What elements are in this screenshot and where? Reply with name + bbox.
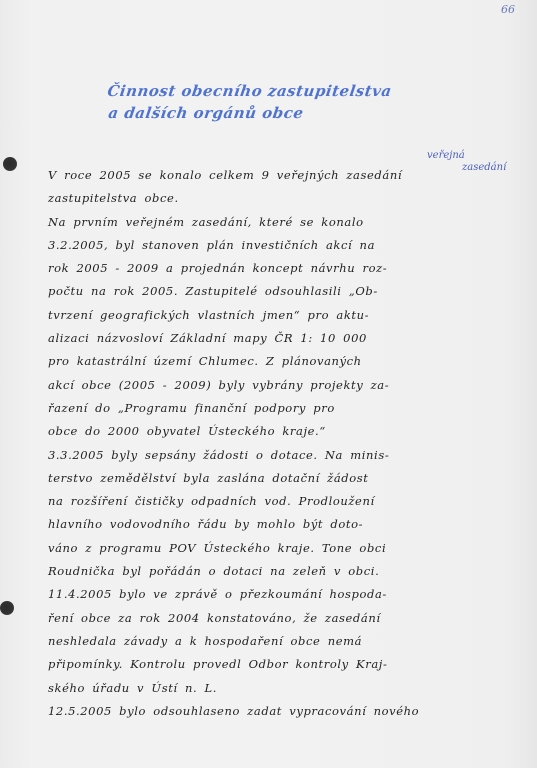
body-line: Roudnička byl pořádán o dotaci na zeleň … <box>48 560 428 583</box>
body-line: zastupitelstva obce. <box>48 187 428 210</box>
punch-hole-bottom <box>0 601 14 615</box>
section-heading: Činnost obecního zastupitelstva a dalšíc… <box>103 80 393 124</box>
body-line: V roce 2005 se konalo celkem 9 veřejných… <box>48 164 428 187</box>
body-line: obce do 2000 obyvatel Ústeckého kraje.“ <box>48 420 428 443</box>
body-line: alizaci názvosloví Základní mapy ČR 1: 1… <box>48 327 428 350</box>
heading-line-2: a dalších orgánů obce <box>103 102 390 124</box>
margin-note: veřejná zasedání <box>427 150 506 174</box>
page-number: 66 <box>501 3 515 16</box>
margin-note-line-1: veřejná <box>427 150 506 162</box>
body-line: rok 2005 - 2009 a projednán koncept návr… <box>48 257 428 280</box>
body-line: 11.4.2005 bylo ve zprávě o přezkoumání h… <box>48 583 428 606</box>
body-line: ského úřadu v Ústí n. L. <box>48 677 428 700</box>
punch-hole-top <box>3 157 17 171</box>
body-line: váno z programu POV Ústeckého kraje. Ton… <box>48 537 428 560</box>
body-line: řazení do „Programu finanční podpory pro <box>48 397 428 420</box>
scanned-page: 66 Činnost obecního zastupitelstva a dal… <box>0 0 537 768</box>
handwritten-body: V roce 2005 se konalo celkem 9 veřejných… <box>48 164 428 723</box>
margin-note-line-2: zasedání <box>427 162 506 174</box>
body-line: připomínky. Kontrolu provedl Odbor kontr… <box>48 653 428 676</box>
body-line: tvrzení geografických vlastních jmen“ pr… <box>48 304 428 327</box>
body-line: 12.5.2005 bylo odsouhlaseno zadat vyprac… <box>48 700 428 723</box>
body-line: 3.2.2005, byl stanoven plán investičních… <box>48 234 428 257</box>
body-line: na rozšíření čističky odpadních vod. Pro… <box>48 490 428 513</box>
heading-line-1: Činnost obecního zastupitelstva <box>106 80 393 102</box>
body-line: počtu na rok 2005. Zastupitelé odsouhlas… <box>48 280 428 303</box>
body-line: terstvo zemědělství byla zaslána dotační… <box>48 467 428 490</box>
body-line: akcí obce (2005 - 2009) byly vybrány pro… <box>48 374 428 397</box>
body-line: Na prvním veřejném zasedání, které se ko… <box>48 211 428 234</box>
body-line: ření obce za rok 2004 konstatováno, že z… <box>48 607 428 630</box>
body-line: 3.3.2005 byly sepsány žádosti o dotace. … <box>48 444 428 467</box>
body-line: pro katastrální území Chlumec. Z plánova… <box>48 350 428 373</box>
body-line: neshledala závady a k hospodaření obce n… <box>48 630 428 653</box>
body-line: hlavního vodovodního řádu by mohlo být d… <box>48 513 428 536</box>
